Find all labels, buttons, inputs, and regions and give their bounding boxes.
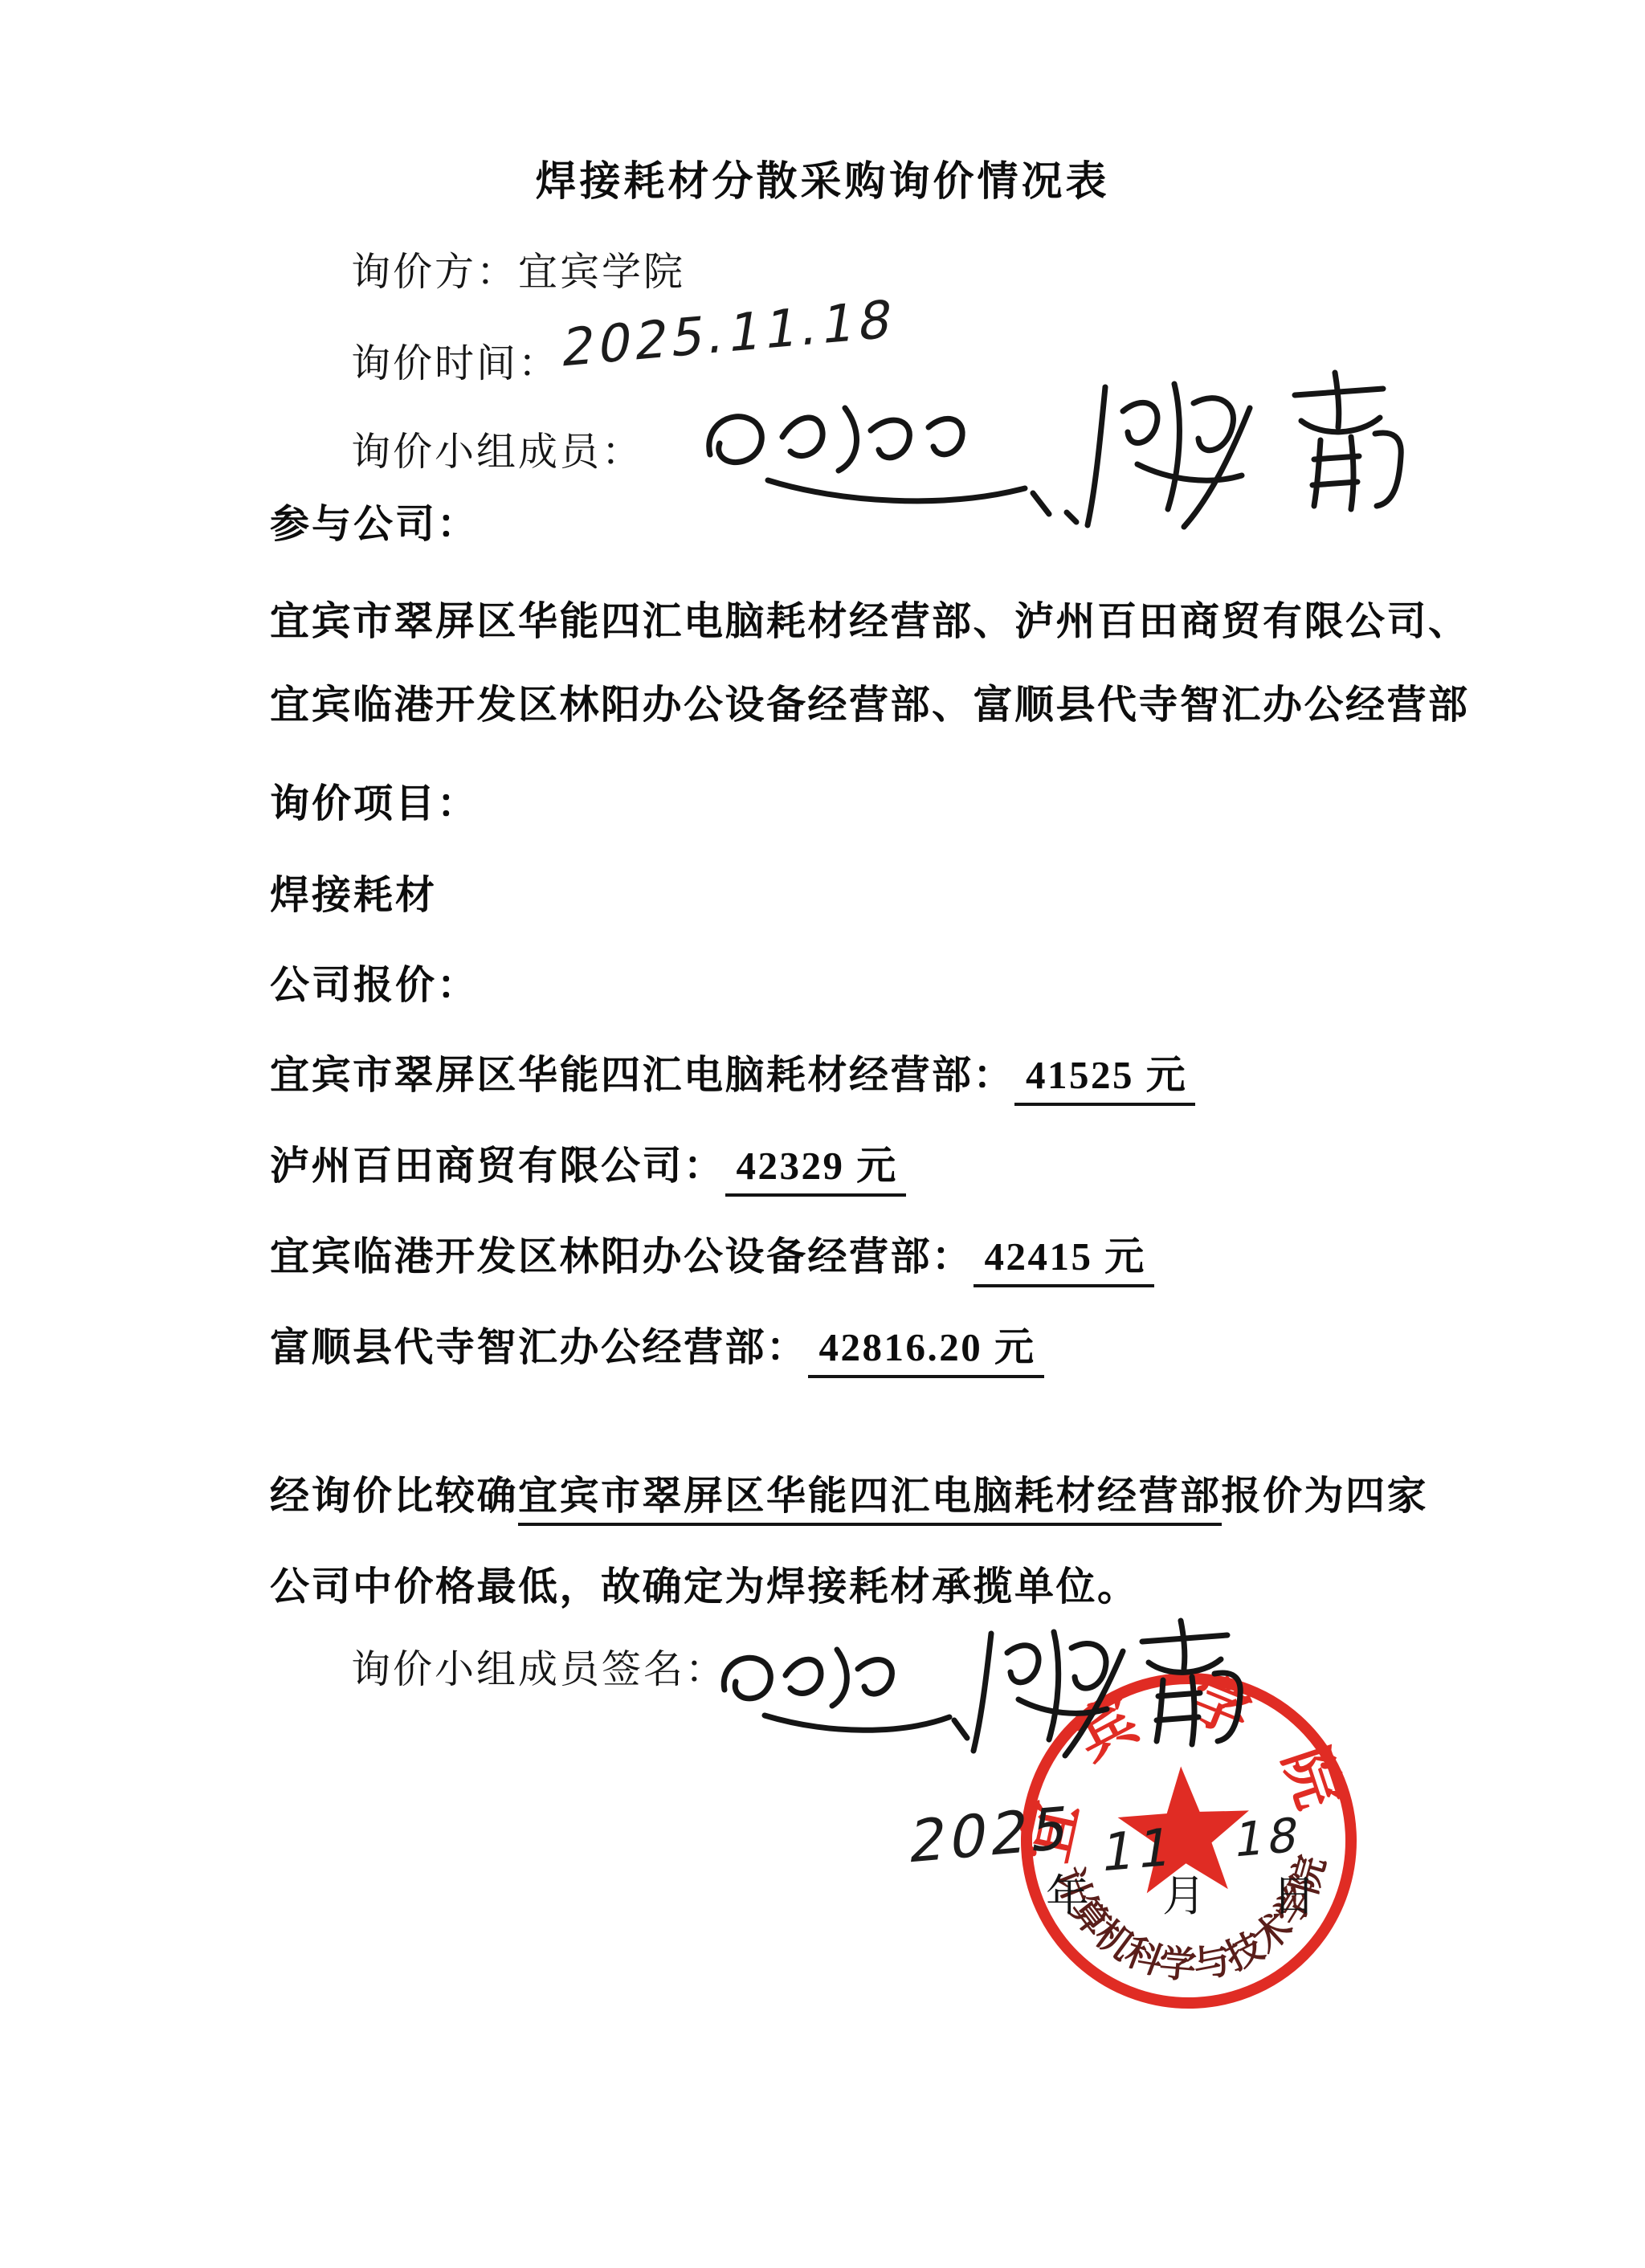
field-inquiry-team: 询价小组成员： xyxy=(351,421,643,477)
quote-company: 宜宾市翠屏区华能四汇电脑耗材经营部： xyxy=(270,1053,1014,1097)
field-inquirer: 询价方：宜宾学院 xyxy=(351,241,685,297)
signature-2 xyxy=(1088,384,1250,527)
page-title: 焊接耗材分散采购询价情况表 xyxy=(0,148,1645,207)
quote-row: 富顺县代寺智汇办公经营部：42816.20 元 xyxy=(270,1316,1044,1373)
conclusion-underlined-company: 宜宾市翠屏区华能四汇电脑耗材经营部 xyxy=(518,1474,1222,1526)
quote-price: 41525 元 xyxy=(1014,1053,1195,1106)
quote-price: 42816.20 元 xyxy=(808,1325,1044,1378)
inquiry-team-label: 询价小组成员： xyxy=(351,430,643,474)
quote-company: 宜宾临港开发区林阳办公设备经营部： xyxy=(270,1234,974,1279)
quote-row: 宜宾临港开发区林阳办公设备经营部：42415 元 xyxy=(270,1226,1154,1282)
signature-3 xyxy=(1295,373,1401,509)
quote-company: 泸州百田商贸有限公司： xyxy=(270,1144,725,1188)
signature-1 xyxy=(724,1650,967,1738)
month-label: 月 xyxy=(1162,1862,1206,1923)
quote-price: 42329 元 xyxy=(725,1144,906,1197)
quote-row: 泸州百田商贸有限公司：42329 元 xyxy=(270,1135,906,1191)
inquiry-project-value: 焊接耗材 xyxy=(270,864,437,920)
signature-1 xyxy=(709,408,1076,522)
day-label: 日 xyxy=(1272,1862,1316,1923)
year-label: 年 xyxy=(1046,1862,1089,1923)
inquirer-label: 询价方： xyxy=(351,250,518,294)
quote-price: 42415 元 xyxy=(974,1234,1154,1287)
participants-label: 参与公司： xyxy=(270,493,479,549)
quote-row: 宜宾市翠屏区华能四汇电脑耗材经营部：41525 元 xyxy=(270,1044,1195,1100)
conclusion-paragraph: 经询价比较确宜宾市翠屏区华能四汇电脑耗材经营部报价为四家公司中价格最低，故确定为… xyxy=(270,1450,1441,1632)
inquiry-time-label: 询价时间： xyxy=(351,341,560,385)
signature-line-label: 询价小组成员签名： xyxy=(351,1638,727,1695)
signature-2 xyxy=(974,1632,1123,1756)
handwritten-signatures-row2 xyxy=(708,1613,1295,1769)
quote-company: 富顺县代寺智汇办公经营部： xyxy=(270,1325,808,1369)
signature-3 xyxy=(1142,1621,1240,1744)
handwritten-day: 18 xyxy=(1231,1806,1306,1868)
handwritten-signatures-row1 xyxy=(688,360,1418,532)
company-quotes-label: 公司报价： xyxy=(270,954,479,1010)
conclusion-prefix: 经询价比较确 xyxy=(270,1474,518,1518)
inquiry-project-label: 询价项目： xyxy=(270,773,479,829)
field-inquiry-time: 询价时间： xyxy=(351,332,560,389)
participants-companies: 宜宾市翠屏区华能四汇电脑耗材经营部、泸州百田商贸有限公司、宜宾临港开发区林阳办公… xyxy=(270,580,1484,747)
inquirer-value: 宜宾学院 xyxy=(518,250,685,294)
